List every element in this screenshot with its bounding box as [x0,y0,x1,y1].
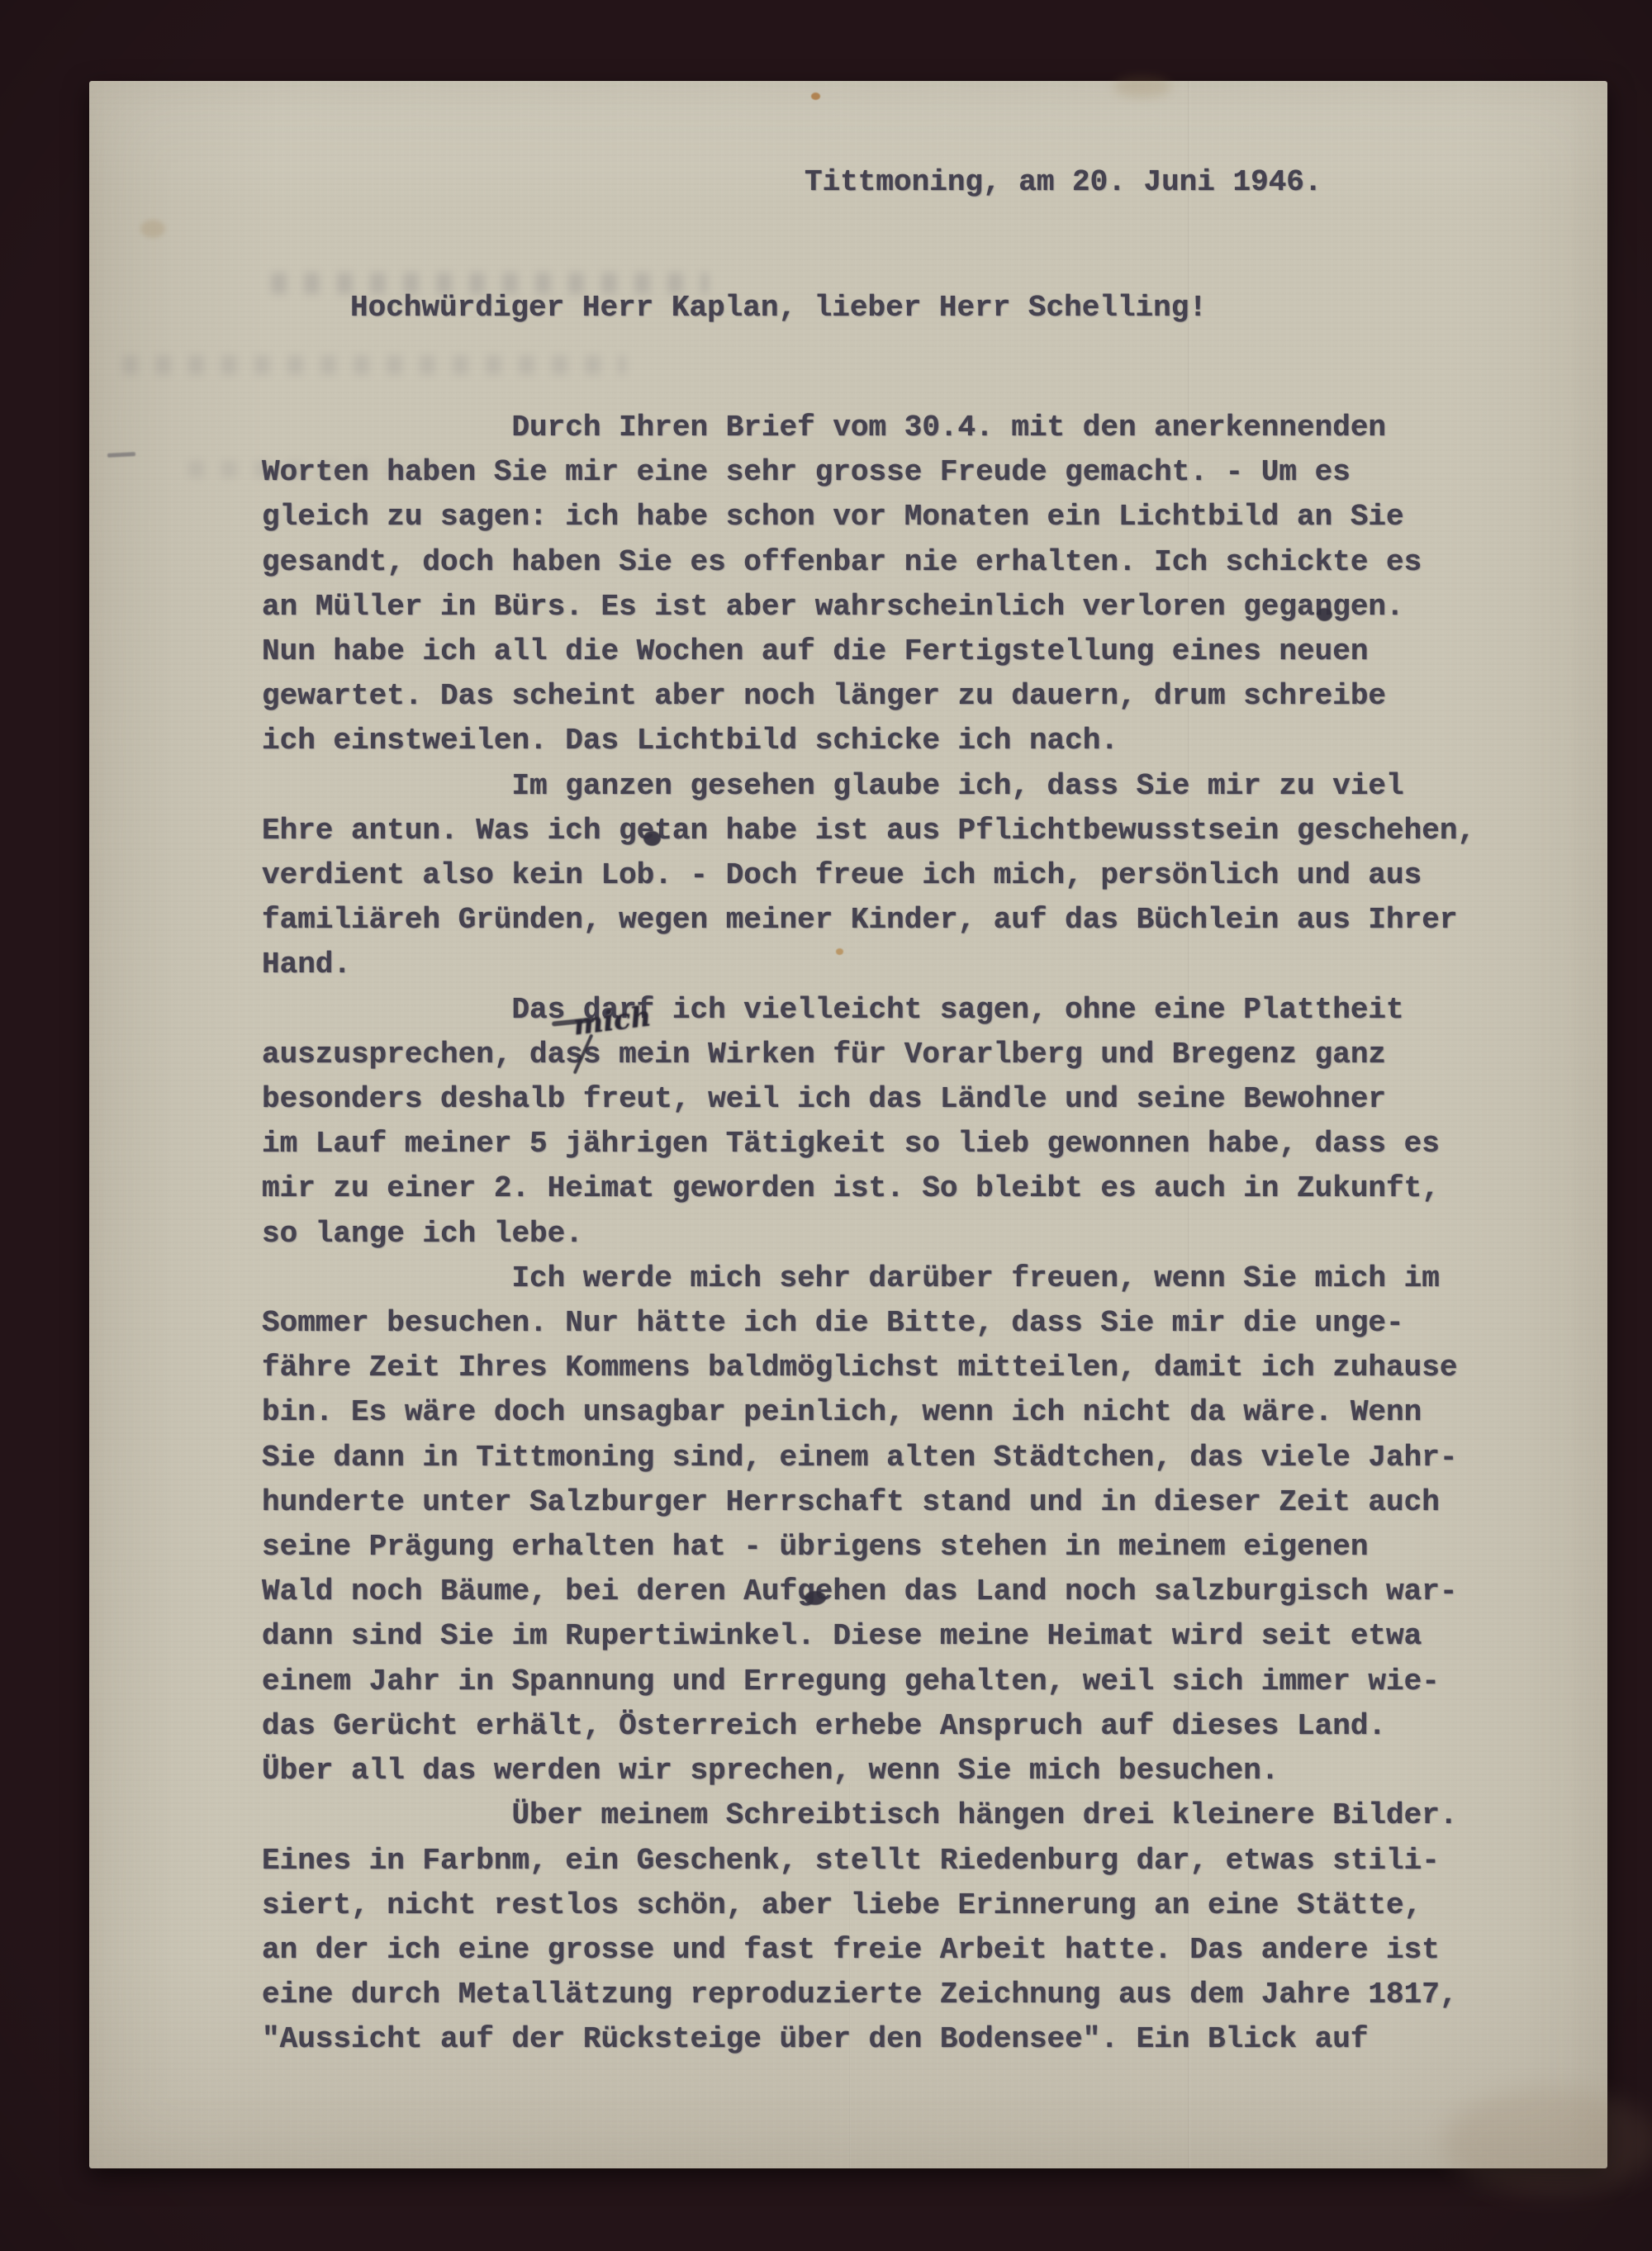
paper-stain [1113,76,1171,97]
paper-stain [140,220,165,238]
margin-dash-mark [107,452,135,458]
paper-stain [1444,2088,1652,2196]
bleed-through-smudge [122,355,626,375]
photo-backdrop: { "document_type": "typewritten-letter",… [0,0,1652,2251]
ink-blot [805,1591,826,1605]
ink-blot [1317,608,1332,621]
rust-stain [811,93,820,100]
ink-blot [643,831,661,846]
letter-salutation: Hochwürdiger Herr Kaplan, lieber Herr Sc… [350,286,1207,330]
letter-body: Durch Ihren Brief vom 30.4. mit den aner… [262,406,1475,2063]
letter-page: Tittmoning, am 20. Juni 1946. Hochwürdig… [89,81,1607,2168]
letter-dateline: Tittmoning, am 20. Juni 1946. [805,160,1322,205]
